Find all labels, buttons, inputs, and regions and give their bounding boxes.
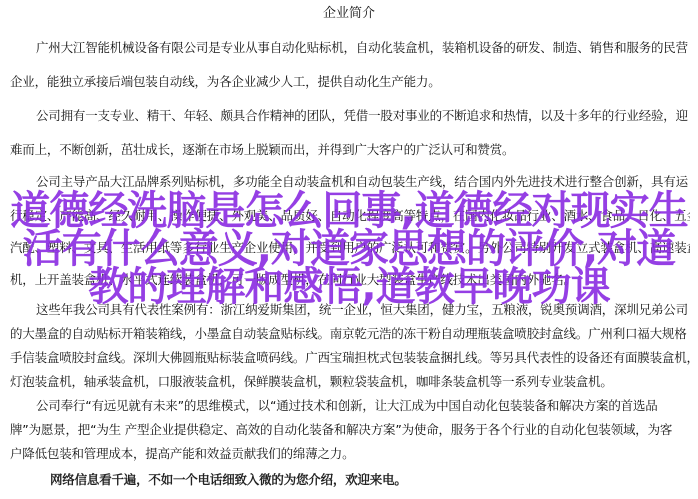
closing-line: 网络信息看千遍，不如一个电话细致入微的为您介绍，欢迎来电。	[50, 470, 698, 490]
paragraph-line: 的大墨盒的自动贴标开箱装箱线，小墨盒自动装盒贴标线。南京乾元浩的冻干粉自动理瓶装…	[10, 324, 690, 344]
paragraph-line: 手信装盒喷胶封盒线。深圳大佛圆瓶贴标装盒喷码线。广西宝瑞担枕式包装装盒捆扎线。等…	[10, 348, 690, 368]
paragraph-line: 广州大江智能机械设备有限公司是专业从事自动化贴标机，自动化装盒机，装箱机设备的研…	[10, 38, 690, 58]
paragraph-line: 公司奉行“有远见就有未来”的思维模式，以“通过技术和创新，让大江成为中国自动化包…	[10, 396, 690, 416]
paragraph-line: 灯泡装盒机，轴承装盒机，口服液装盒机，保鲜膜装盒机，颗粒袋装盒机，咖啡条装盒机等…	[10, 372, 690, 392]
paragraph-line: 公司拥有一支专业、精干、年轻、颇具合作精神的团队，凭借一股对事业的不断追求和热情…	[10, 106, 690, 126]
paragraph-line: 公司主导产品大江品牌系列贴标机，多功能全自动装盒机和自动包装生产线，结合国内外先…	[10, 172, 690, 192]
paragraph-line: 难而上，不断创新，茁壮成长，逐渐在市场上脱颖而出，并得到广大客户的广泛认可和赞赏…	[10, 140, 690, 160]
paragraph-line: 行稳定、产能高、经久耐用、操作便捷、外观美、品质好、自动化程度高等特点，在国内化…	[10, 206, 690, 226]
paragraph-line: 户降低包装和管理成本，提高产能和效益贡献我们的绵薄之力。	[10, 444, 690, 464]
paragraph-line: 牌”为愿景，把“为生 产型企业提供稳定、高效的自动化装备和解决方案”为使命，服务…	[10, 420, 690, 440]
page-title: 企业简介	[0, 4, 698, 24]
paragraph-line: 企业，能独立承接后端包装自动线，为各企业减少人工，提供自动化生产能力。	[10, 72, 690, 92]
paragraph-line: 这些年我公司具有代表性案例有：浙江纳爱斯集团，统一企业，恒大集团，健力宝，五粮液…	[10, 300, 690, 320]
paragraph-line: 汽配、塑料、文具、生活用纸等多行业生产企业使用，并受到用户的广泛认可和赞赏。另外…	[10, 238, 690, 258]
paragraph-line: 机，上开盖装盒机、水平式连续装盒机，可一版成型机，在同行业大型装盒生产线技术出类…	[10, 270, 690, 290]
